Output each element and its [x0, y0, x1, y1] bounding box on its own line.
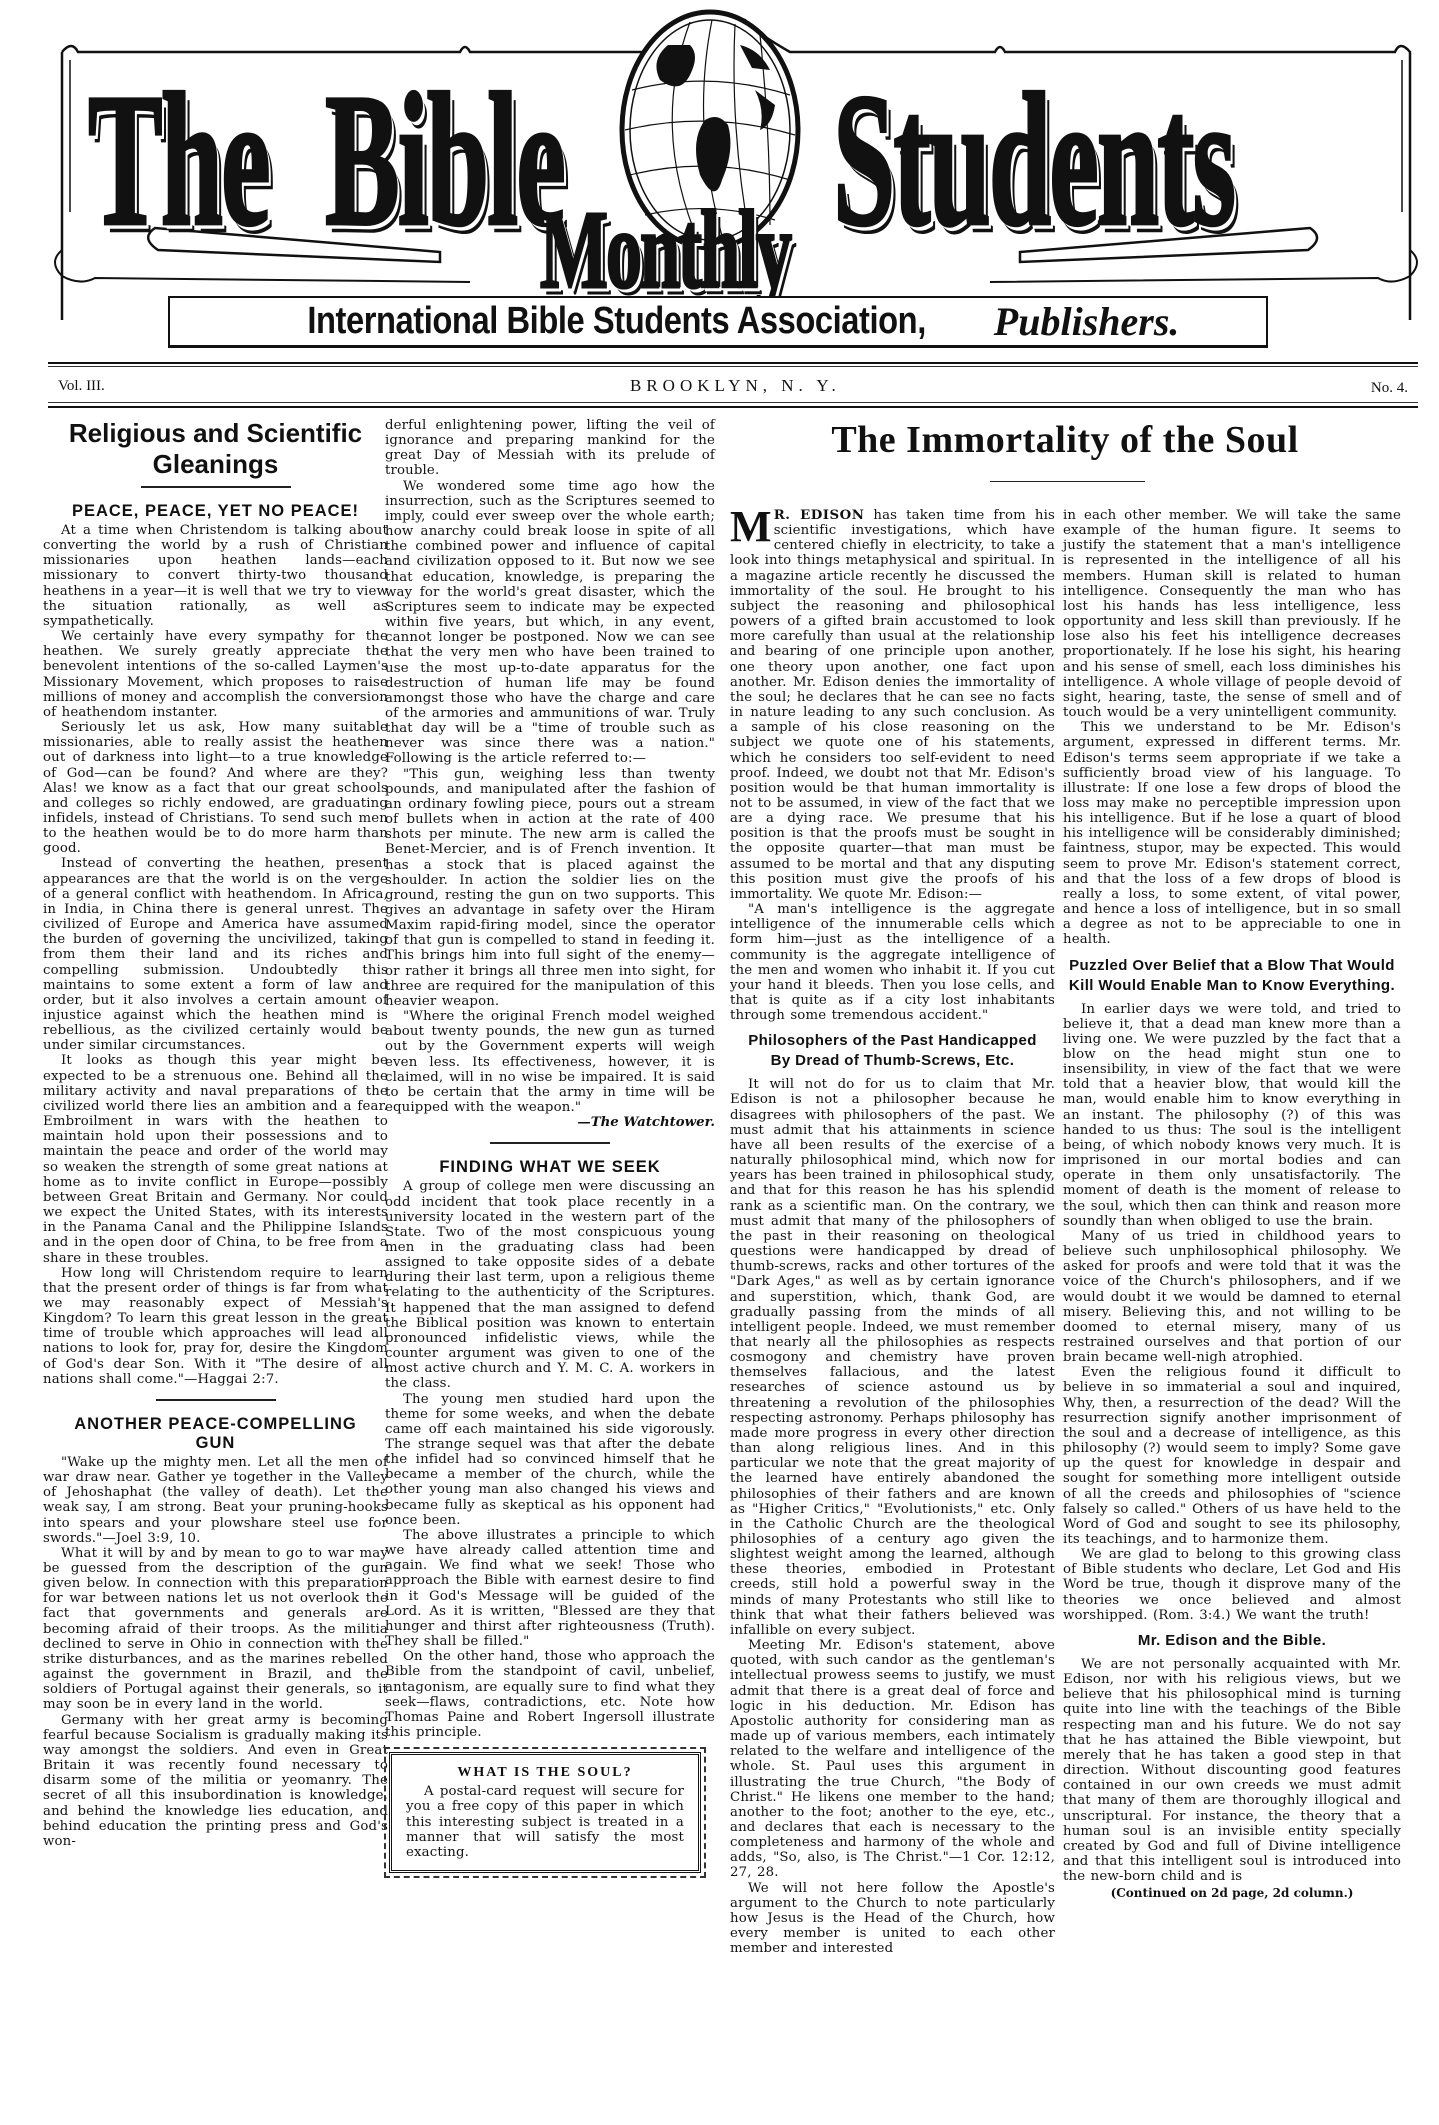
publisher-banner: International Bible Students Association… [168, 296, 1268, 348]
dateline-top-rule [48, 362, 1418, 364]
article-divider [156, 1399, 276, 1401]
publisher-name: International Bible Students Association… [307, 300, 926, 343]
dateline-top-rule-thin [48, 366, 1418, 367]
article-gun-body: "Wake up the mighty men. Let all the men… [43, 1455, 388, 1849]
section-title-line-2: Gleanings [43, 449, 388, 480]
article-divider [490, 1142, 610, 1144]
box-title: WHAT IS THE SOUL? [406, 1765, 684, 1780]
column-1: Religious and Scientific Gleanings PEACE… [43, 418, 388, 1849]
main-headline: The Immortality of the Soul [725, 418, 1405, 462]
subheading: Mr. Edison and the Bible. [1063, 1631, 1401, 1651]
section-title-line-1: Religious and Scientific [43, 418, 388, 449]
column-2: derful enlightening power, lifting the v… [385, 418, 715, 1873]
paragraph: We are glad to belong to this growing cl… [1063, 1547, 1401, 1623]
article-peace-body: At a time when Christendom is talking ab… [43, 523, 388, 1387]
publisher-role: Publishers. [994, 298, 1180, 345]
paragraph: "Where the original French model weighed… [385, 1009, 715, 1115]
attribution: —The Watchtower. [385, 1115, 715, 1130]
paragraph: The young men studied hard upon the them… [385, 1392, 715, 1528]
section-title: Religious and Scientific Gleanings [43, 418, 388, 480]
paragraph: The above illustrates a principle to whi… [385, 1528, 715, 1649]
city-label: BROOKLYN, N. Y. [630, 376, 841, 396]
column-3: MR. EDISON has taken time from his scien… [730, 508, 1055, 1956]
lead-caps: R. EDISON [774, 508, 865, 523]
title-word-bible: Bible [325, 52, 564, 271]
subheading-line-2: By Dread of Thumb-Screws, Etc. [730, 1051, 1055, 1071]
what-is-the-soul-box: WHAT IS THE SOUL? A postal-card request … [389, 1752, 701, 1873]
dateline: Vol. III. BROOKLYN, N. Y. No. 4. [58, 374, 1408, 402]
paragraph: On the other hand, those who approach th… [385, 1649, 715, 1740]
paragraph: We wondered some time ago how the insurr… [385, 479, 715, 767]
column-4: in each other member. We will take the s… [1063, 508, 1401, 1901]
paragraph: derful enlightening power, lifting the v… [385, 418, 715, 479]
paragraph: in each other member. We will take the s… [1063, 508, 1401, 720]
paragraph: At a time when Christendom is talking ab… [43, 523, 388, 629]
title-word-the: The [88, 52, 269, 271]
masthead: The Bible Students Monthly [0, 0, 1439, 330]
paragraph: It looks as though this year might be ex… [43, 1053, 388, 1265]
headline-line-1: ANOTHER PEACE-COMPELLING [43, 1415, 388, 1434]
paragraph: We will not here follow the Apostle's ar… [730, 1881, 1055, 1957]
paragraph: It will not do for us to claim that Mr. … [730, 1077, 1055, 1638]
paragraph: A group of college men were discussing a… [385, 1179, 715, 1391]
dateline-bottom-rule-thin [48, 402, 1418, 403]
drop-cap: M [730, 510, 772, 544]
paragraph: "This gun, weighing less than twenty pou… [385, 767, 715, 1010]
continued-note: (Continued on 2d page, 2d column.) [1063, 1886, 1401, 1901]
paragraph: Germany with her great army is becoming … [43, 1713, 388, 1849]
subheading: Philosophers of the Past Handicapped By … [730, 1031, 1055, 1071]
paragraph: "A man's intelligence is the aggregate i… [730, 902, 1055, 1023]
paragraph: This we understand to be Mr. Edison's ar… [1063, 720, 1401, 947]
main-headline-rule [990, 481, 1145, 482]
volume-label: Vol. III. [58, 378, 105, 395]
subheading: Puzzled Over Belief that a Blow That Wou… [1063, 956, 1401, 996]
paragraph: Many of us tried in childhood years to b… [1063, 1229, 1401, 1365]
paragraph: "Wake up the mighty men. Let all the men… [43, 1455, 388, 1546]
section-rule [141, 486, 291, 488]
dateline-bottom-rule [48, 406, 1418, 408]
paragraph: We are not personally acquainted with Mr… [1063, 1657, 1401, 1884]
paragraph: Meeting Mr. Edison's statement, above qu… [730, 1638, 1055, 1881]
headline-line-2: GUN [43, 1434, 388, 1453]
paragraph: Instead of converting the heathen, prese… [43, 856, 388, 1053]
paragraph: Seriously let us ask, How many suitable … [43, 720, 388, 856]
article-headline: ANOTHER PEACE-COMPELLING GUN [43, 1415, 388, 1453]
paragraph: Even the religious found it difficult to… [1063, 1365, 1401, 1547]
article-headline: PEACE, PEACE, YET NO PEACE! [43, 502, 388, 521]
issue-number: No. 4. [1371, 380, 1408, 397]
article-headline: FINDING WHAT WE SEEK [385, 1158, 715, 1177]
lead-paragraph: MR. EDISON has taken time from his scien… [730, 508, 1055, 902]
lead-text: has taken time from his scientific inves… [730, 508, 1055, 902]
paragraph: In earlier days we were told, and tried … [1063, 1002, 1401, 1229]
paragraph: How long will Christendom require to lea… [43, 1266, 388, 1387]
subheading-line-1: Philosophers of the Past Handicapped [730, 1031, 1055, 1051]
paragraph: What it will by and by mean to go to war… [43, 1546, 388, 1713]
paragraph: We certainly have every sympathy for the… [43, 629, 388, 720]
title-word-students: Students [833, 52, 1234, 271]
box-text: A postal-card request will secure for yo… [406, 1784, 684, 1860]
